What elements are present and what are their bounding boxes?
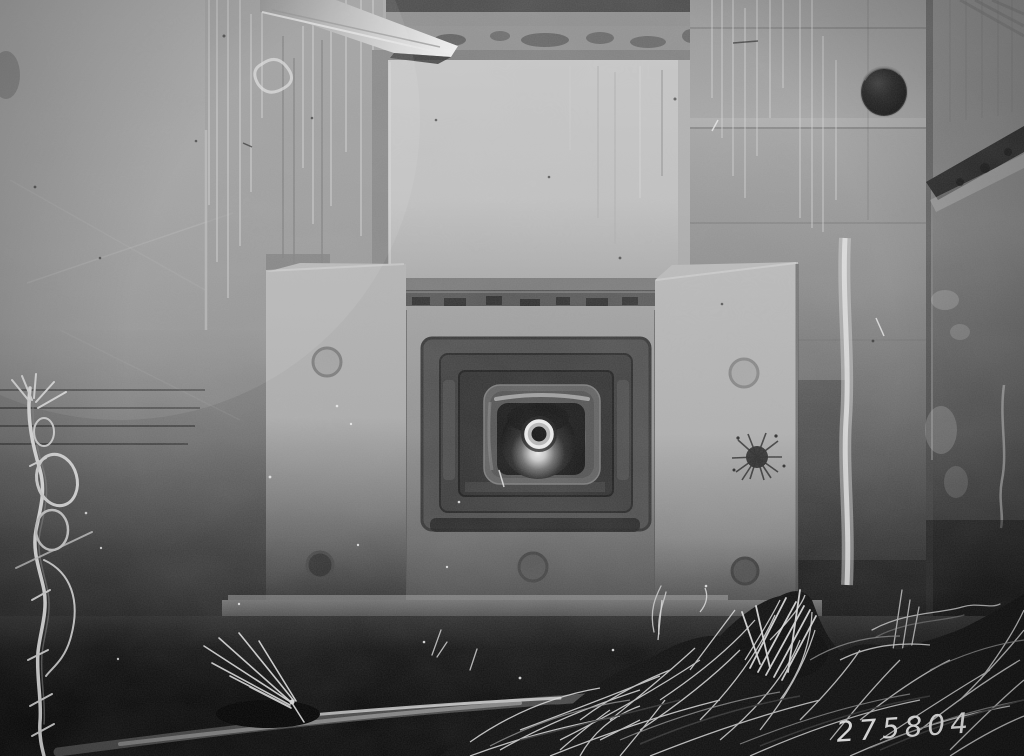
vignette bbox=[0, 0, 1024, 756]
photograph: 275804 bbox=[0, 0, 1024, 756]
bunker-photo: 275804 bbox=[0, 0, 1024, 756]
